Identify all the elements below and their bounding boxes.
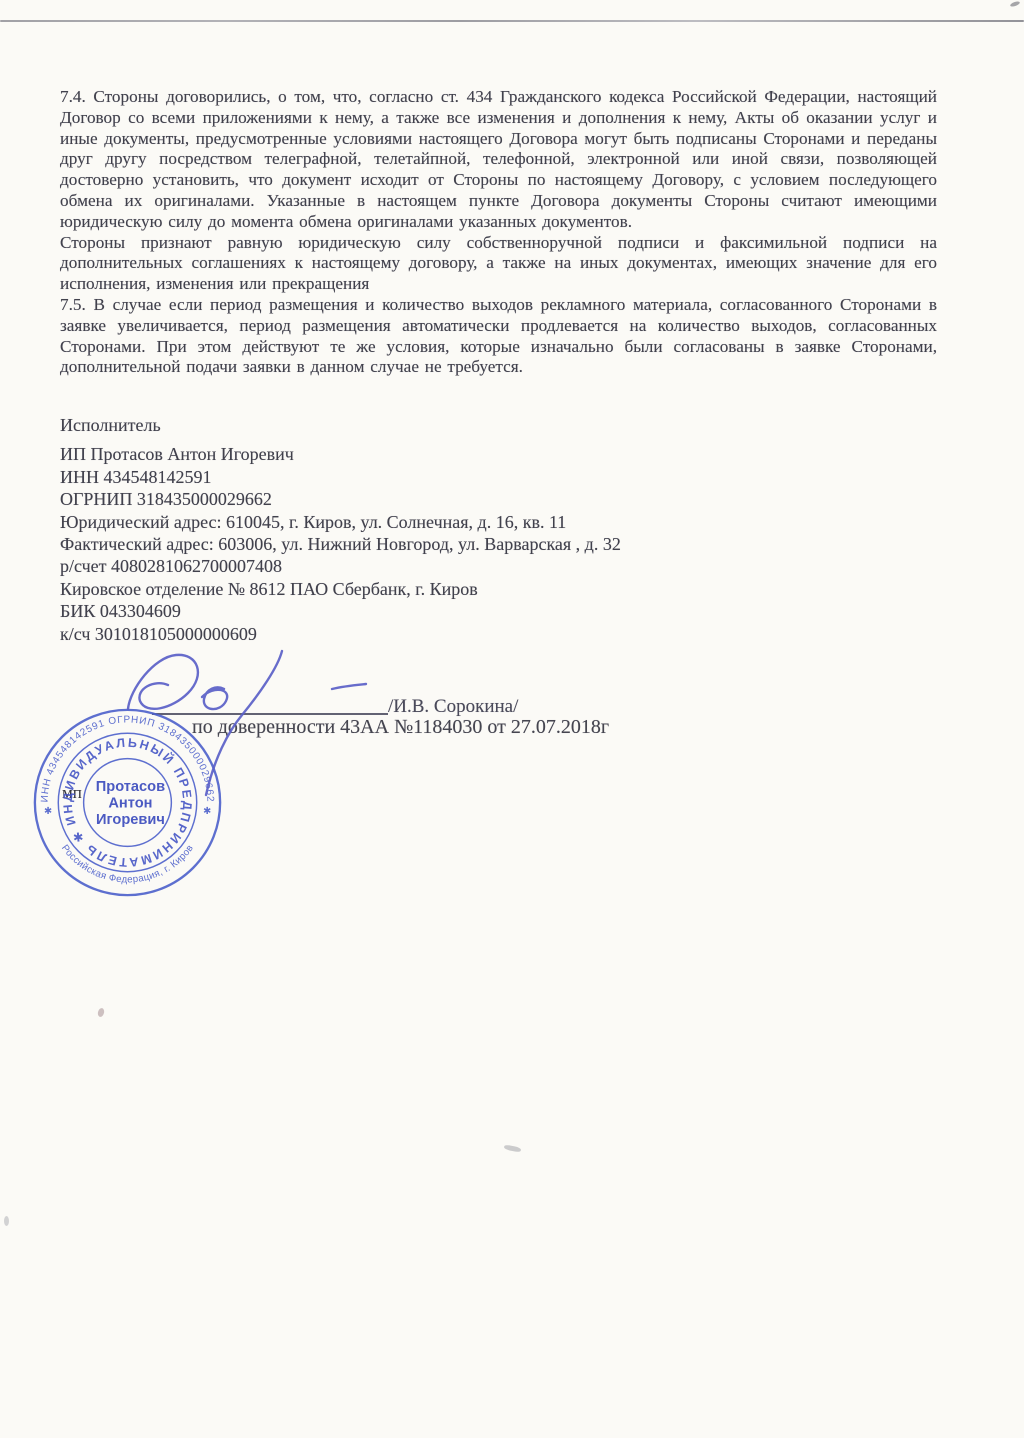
executor-section: Исполнитель ИП Протасов Антон Игоревич И… <box>60 414 760 645</box>
signature-ink <box>110 645 390 815</box>
executor-actual-address-line: Фактический адрес: 603006, ул. Нижний Но… <box>60 533 760 555</box>
executor-bik-line: БИК 043304609 <box>60 600 760 622</box>
scan-speck <box>504 1144 522 1152</box>
executor-name-line: ИП Протасов Антон Игоревич <box>60 443 760 465</box>
executor-account-line: р/счет 4080281062700007408 <box>60 555 760 577</box>
stamp-star-left: ✱ <box>44 806 52 817</box>
spacer <box>60 436 760 443</box>
executor-bank-line: Кировское отделение № 8612 ПАО Сбербанк,… <box>60 578 760 600</box>
document-page: 7.4. Стороны договорились, о том, что, с… <box>0 0 1024 1438</box>
scan-speck <box>1010 0 1021 7</box>
signature-stroke <box>128 655 198 709</box>
signature-stroke <box>206 651 282 795</box>
contract-clauses: 7.4. Стороны договорились, о том, что, с… <box>60 87 937 378</box>
clause-facsimile: Стороны признают равную юридическую силу… <box>60 233 937 295</box>
executor-ogrnip-line: ОГРНИП 318435000029662 <box>60 488 760 510</box>
executor-heading: Исполнитель <box>60 414 760 436</box>
clause-7-4: 7.4. Стороны договорились, о том, что, с… <box>60 87 937 233</box>
executor-corr-account-line: к/сч 301018105000000609 <box>60 623 760 645</box>
scan-speck <box>4 1216 9 1226</box>
scan-line-artifact <box>0 20 1024 22</box>
signature-stroke <box>332 684 366 689</box>
clause-7-5: 7.5. В случае если период размещения и к… <box>60 295 937 378</box>
signature-stroke <box>202 687 227 709</box>
stamp-outer-bottom-text: Российская Федерация, г. Киров <box>59 843 196 886</box>
executor-inn-line: ИНН 434548142591 <box>60 466 760 488</box>
scan-speck <box>97 1007 105 1017</box>
executor-legal-address-line: Юридический адрес: 610045, г. Киров, ул.… <box>60 511 760 533</box>
signatory-name: /И.В. Сорокина/ <box>388 696 518 718</box>
